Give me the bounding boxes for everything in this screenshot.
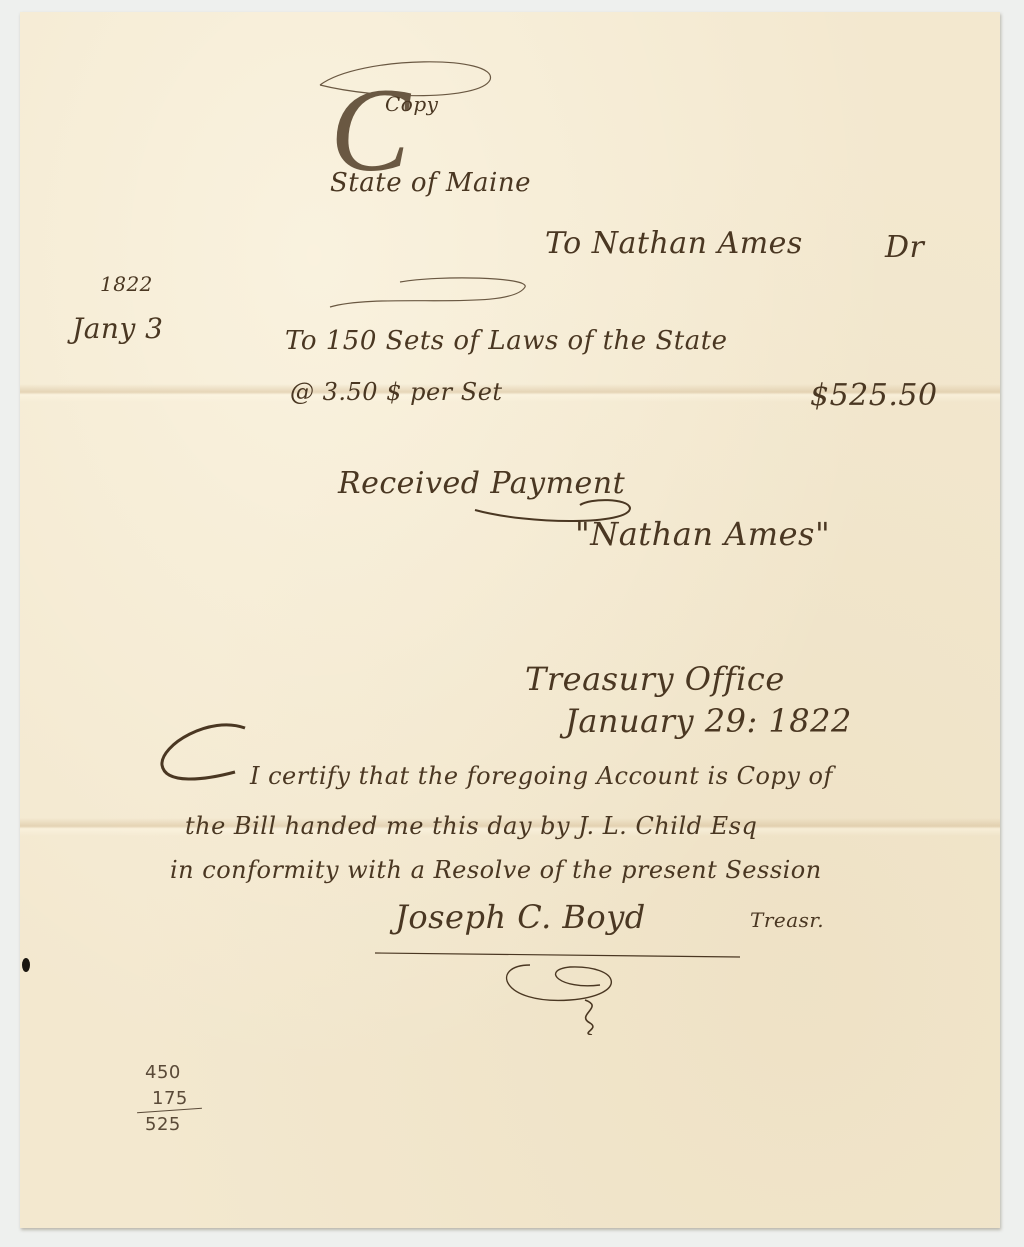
creditor-line: To Nathan Ames	[545, 226, 803, 261]
certification-date: January 29: 1822	[565, 702, 852, 740]
entry-amount: $525.50	[810, 378, 938, 413]
certification-line-1: I certify that the foregoing Account is …	[250, 762, 833, 790]
ink-blot	[22, 958, 30, 972]
margin-calc-line-2: 175	[152, 1088, 188, 1109]
treasurer-signature: Joseph C. Boyd	[395, 898, 646, 936]
entry-year: 1822	[100, 272, 153, 296]
payee-signature: "Nathan Ames"	[575, 515, 830, 553]
signature-flourish-icon	[370, 945, 770, 1035]
entry-description: To 150 Sets of Laws of the State	[285, 326, 728, 356]
copy-label: Copy	[385, 92, 438, 116]
entry-flourish-icon	[320, 272, 540, 322]
margin-calc-total: 525	[145, 1114, 181, 1135]
treasury-office-label: Treasury Office	[525, 660, 785, 698]
state-heading: State of Maine	[330, 168, 531, 198]
debtor-abbrev: Dr	[885, 230, 924, 265]
margin-calc-line-1: 450	[145, 1062, 181, 1083]
entry-rate: @ 3.50 $ per Set	[290, 378, 503, 406]
entry-date: Jany 3	[72, 312, 163, 345]
treasurer-title: Treasr.	[750, 908, 824, 932]
certification-line-2: the Bill handed me this day by J. L. Chi…	[185, 812, 757, 840]
certification-line-3: in conformity with a Resolve of the pres…	[170, 856, 822, 884]
initial-I-flourish-icon	[150, 720, 260, 800]
